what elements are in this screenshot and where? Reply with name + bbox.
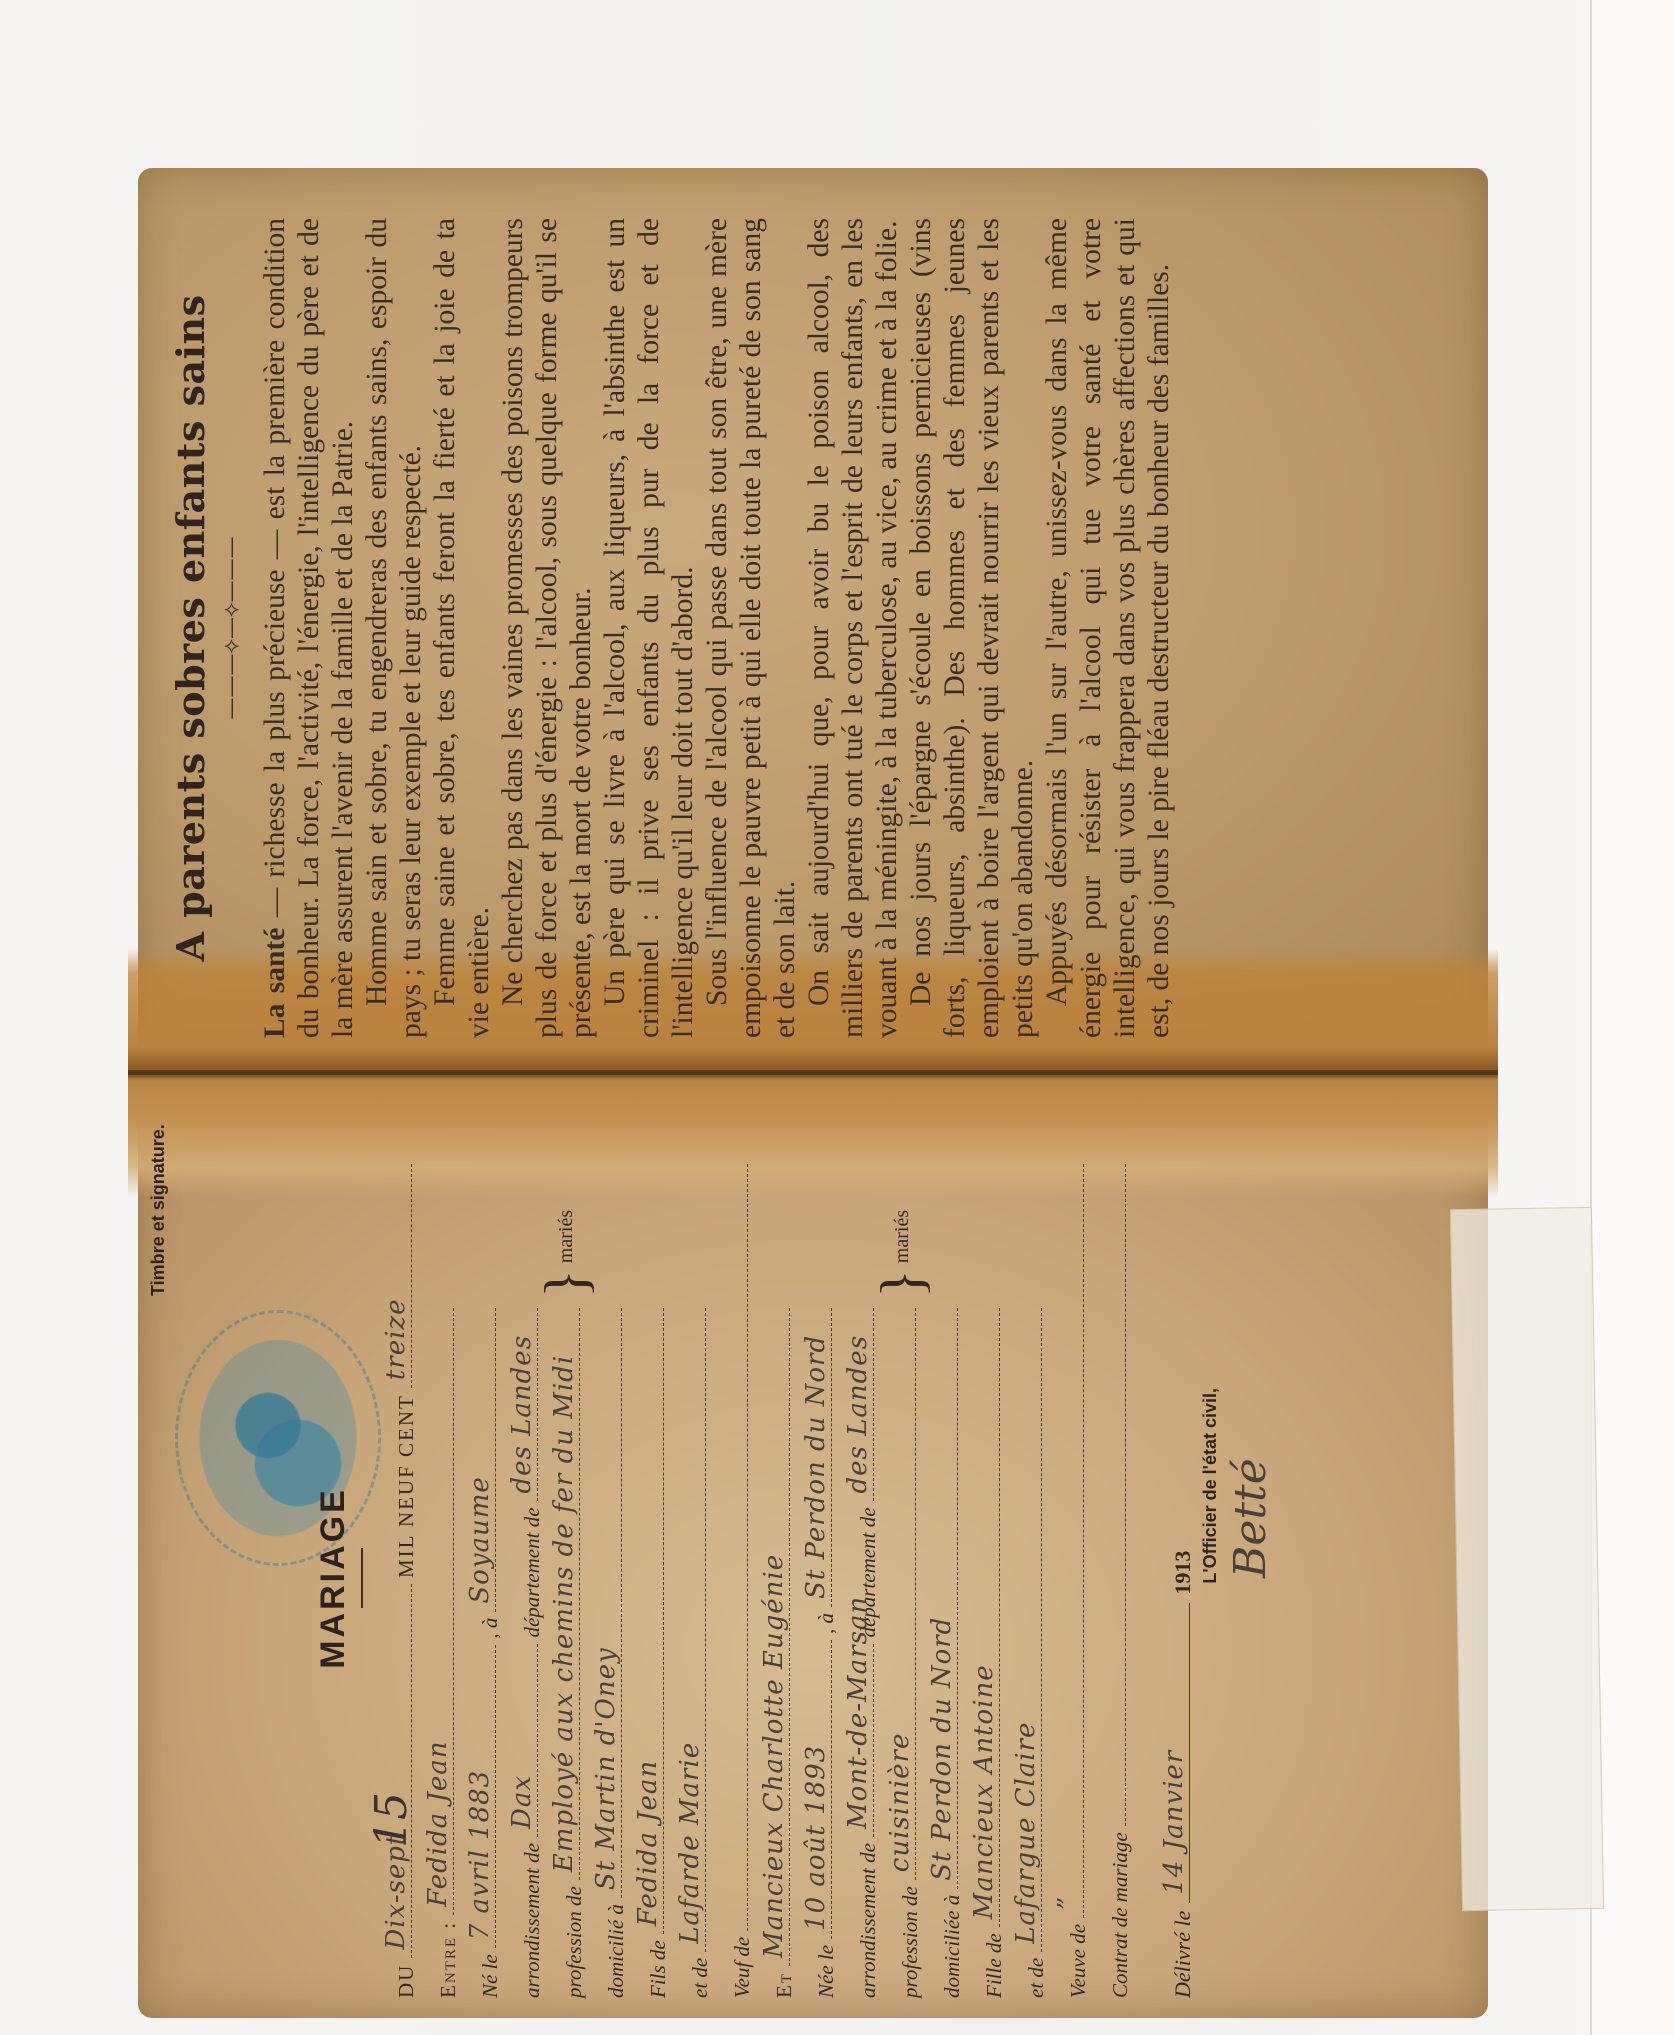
mount-board-edge [1590, 0, 1674, 2035]
marriage-booklet: A parents sobres enfants sains ———⟡—⟡———… [138, 168, 1488, 2023]
date-year: treize [381, 1298, 411, 1380]
paragraph: De nos jours l'épargne s'écoule en boiss… [904, 218, 1040, 1038]
groom-departement: des Landes [507, 1335, 537, 1494]
title-rule [361, 1548, 363, 1608]
groom-birth-place: Soyaume [465, 1476, 495, 1603]
certificate-title: MARIAGE [314, 1158, 353, 1998]
groom-name-row: Entre : Fedida Jean [419, 1302, 461, 1998]
contract-row: Contrat de mariage [1091, 1158, 1133, 1998]
marriage-certificate: MARIAGE 15 DU Dix-sept MIL NEUF CENT tre… [308, 1158, 1348, 1998]
issued-row: Délivré le 14 Janvier 1913 [1159, 1158, 1196, 1998]
groom-parents-brace: } mariés [419, 1158, 713, 1302]
bride-domicile-row: domiciliée à St Perdon du Nord [923, 1302, 965, 1998]
date-day: Dix-sept [381, 1834, 411, 1950]
pamphlet-title: A parents sobres enfants sains [168, 218, 213, 1038]
groom-father: Fedida Jean [633, 1760, 663, 1926]
paragraph: Appuyés désormais l'un sur l'autre, unis… [1040, 218, 1176, 1038]
groom-birth-date: 7 avril 1883 [465, 1770, 495, 1941]
bride-parents-brace: } mariés [755, 1158, 1049, 1302]
groom-widower-row: Veuf de [713, 1158, 755, 1998]
groom-father-row: Fils de Fedida Jean [629, 1302, 671, 1998]
fold-crease [128, 1070, 1498, 1075]
paragraph: Sous l'influence de l'alcool qui passe d… [700, 218, 802, 1038]
brace-icon: } [536, 1269, 596, 1298]
bride-name-row: Et Mancieux Charlotte Eugénie [755, 1302, 797, 1998]
groom-domicile: St Martin d'Oney [591, 1647, 621, 1890]
bride-name: Mancieux Charlotte Eugénie [759, 1554, 789, 1958]
groom-arrondissement-row: arrondissement de Dax département de des… [503, 1302, 545, 1998]
issued-year: 1913 [1170, 1551, 1196, 1595]
bride-mother: Lafargue Claire [1011, 1722, 1041, 1944]
groom-profession: Employé aux chemins de fer du Midi [549, 1355, 579, 1872]
groom-domicile-row: domicilié à St Martin d'Oney [587, 1302, 629, 1998]
groom-section: Entre : Fedida Jean Né le 7 avril 1883 ,… [419, 1158, 713, 1998]
bride-profession-row: profession de cuisinière [881, 1302, 923, 1998]
groom-profession-row: profession de Employé aux chemins de fer… [545, 1302, 587, 1998]
temperance-pamphlet: A parents sobres enfants sains ———⟡—⟡———… [168, 218, 1418, 1038]
officer-label: L'Officier de l'état civil, [1200, 1388, 1221, 1998]
bride-arrondissement: Mont-de-Marsan [843, 1596, 873, 1829]
bride-profession: cuisinière [885, 1733, 915, 1873]
bride-section: Et Mancieux Charlotte Eugénie Née le 10 … [755, 1158, 1049, 1998]
officer-signature: Betté [1225, 1158, 1276, 1578]
bride-domicile: St Perdon du Nord [927, 1617, 957, 1881]
ornament-divider-icon: ———⟡—⟡——— [219, 218, 244, 1038]
paragraph: Femme saine et sobre, tes enfants feront… [428, 218, 496, 1038]
issued-date: 14 Janvier [1159, 1750, 1189, 1895]
paragraph: On sait aujourd'hui que, pour avoir bu l… [802, 218, 904, 1038]
brace-icon: } [872, 1269, 932, 1298]
repair-tape-right [1450, 1207, 1604, 1911]
stamp-label: Timbre et signature. [148, 1124, 169, 1296]
bride-birth-row: Née le 10 août 1893 , à St Perdon du Nor… [797, 1302, 839, 1998]
paragraph: Ne cherchez pas dans les vaines promesse… [496, 218, 598, 1038]
paragraph: Homme sain et sobre, tu engendreras des … [360, 218, 428, 1038]
paragraph: La santé — richesse la plus précieuse — … [258, 218, 360, 1038]
groom-birth-row: Né le 7 avril 1883 , à Soyaume [461, 1302, 503, 1998]
groom-arrondissement: Dax [507, 1775, 537, 1829]
bride-father-row: Fille de Mancieux Antoine [965, 1302, 1007, 1998]
bride-birth-place: St Perdon du Nord [801, 1335, 831, 1599]
date-row: DU Dix-sept MIL NEUF CENT treize [377, 1158, 419, 1998]
paragraph: Un père qui se livre à l'alcool, aux liq… [598, 218, 700, 1038]
bride-mother-row: et de Lafargue Claire [1007, 1302, 1049, 1998]
groom-mother-row: et de Lafarde Marie [671, 1302, 713, 1998]
groom-mother: Lafarde Marie [675, 1742, 705, 1944]
bride-birth-date: 10 août 1893 [801, 1745, 831, 1931]
groom-name: Fedida Jean [423, 1740, 453, 1906]
bride-arrondissement-row: arrondissement de Mont-de-Marsan départe… [839, 1302, 881, 1998]
bride-father: Mancieux Antoine [969, 1664, 999, 1919]
bride-widow-row: Veuve de ” [1049, 1158, 1091, 1998]
bride-departement: des Landes [843, 1335, 873, 1494]
paragraph-lead: La santé [259, 928, 291, 1038]
